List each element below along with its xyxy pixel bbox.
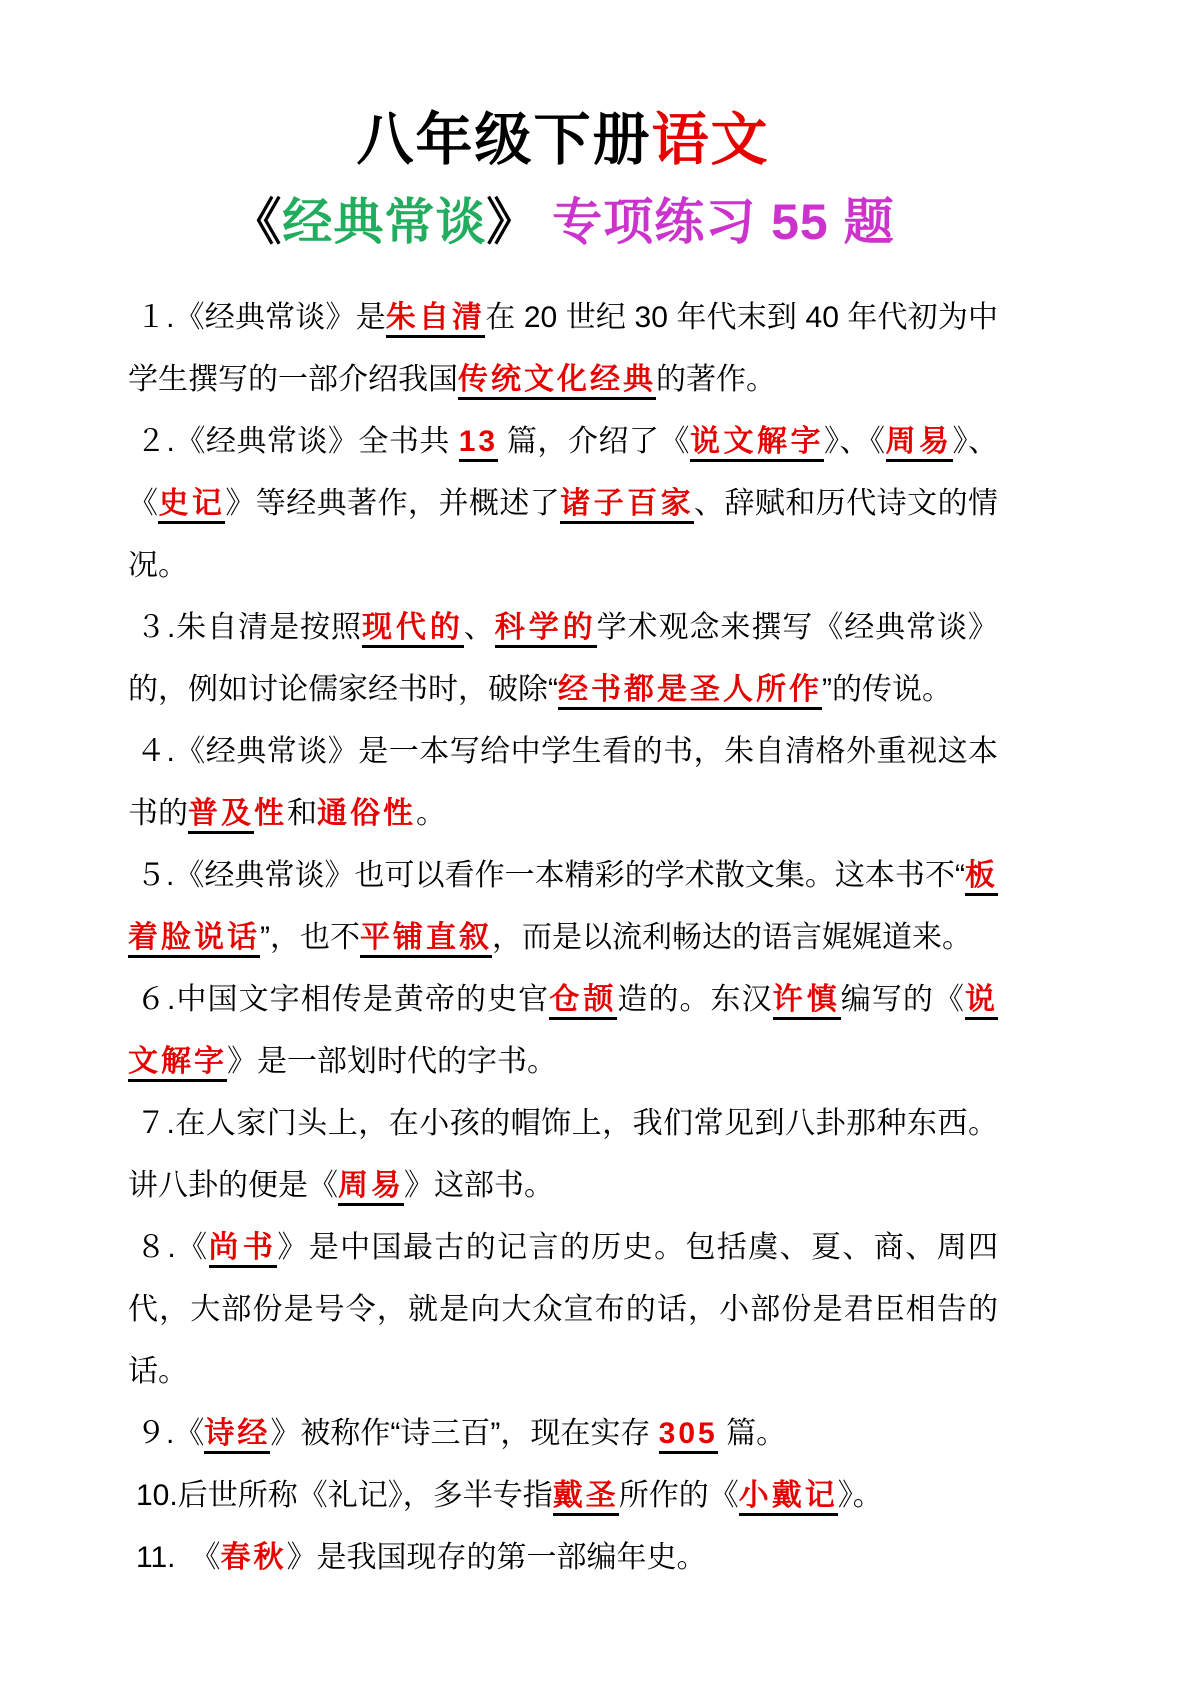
highlighted-term: 周易 (338, 1169, 404, 1206)
subtitle-segment: 经典常谈 (282, 194, 486, 250)
exercise-item-11: 11. 《春秋》是我国现存的第一部编年史。 (128, 1527, 998, 1589)
text-run: 》是我国现存的第一部编年史。 (286, 1541, 706, 1574)
exercise-item-7: ７.在人家门头上，在小孩的帽饰上，我们常见到八卦那种东西。讲八卦的便是《周易》这… (128, 1093, 998, 1217)
text-run: 和 (287, 797, 317, 830)
exercise-item-8: ８.《尚书》是中国最古的记言的历史。包括虞、夏、商、周四代，大部份是号令，就是向… (128, 1217, 998, 1403)
highlighted-term: 普及 (188, 797, 254, 834)
highlighted-term: 小戴记 (739, 1479, 838, 1516)
highlighted-term: 传统文化经典 (458, 363, 656, 400)
text-run: 》等经典著作，并概述了 (225, 487, 560, 520)
exercise-item-1: １.《经典常谈》是朱自清在 20 世纪 30 年代末到 40 年代初为中学生撰写… (128, 287, 998, 411)
text-run: ６.中国文字相传是黄帝的史官 (136, 983, 549, 1016)
text-run: 造的。东汉 (617, 983, 772, 1016)
text-run: 编写的《 (841, 983, 965, 1016)
text-run: 11. 《 (136, 1541, 220, 1574)
highlighted-term: 史记 (158, 487, 225, 524)
title-segment: 语文 (652, 108, 770, 172)
document-title: 八年级下册语文 (128, 108, 998, 174)
title-segment: 八年级下册 (357, 108, 652, 172)
text-run: 。 (416, 797, 446, 830)
document-page: 八年级下册语文 《经典常谈》 专项练习 55 题 １.《经典常谈》是朱自清在 2… (0, 0, 1190, 1684)
exercise-item-4: ４.《经典常谈》是一本写给中学生看的书，朱自清格外重视这本书的普及性和通俗性。 (128, 721, 998, 845)
highlighted-term: 经书都是圣人所作 (558, 673, 822, 710)
exercise-item-10: 10.后世所称《礼记》，多半专指戴圣所作的《小戴记》。 (128, 1465, 998, 1527)
highlighted-term: 诸子百家 (560, 487, 694, 524)
highlighted-term: 说文解字 (690, 425, 824, 462)
text-run: ２.《经典常谈》全书共 (136, 425, 459, 458)
subtitle-segment: 《 (231, 194, 282, 250)
text-run: 》。 (838, 1479, 883, 1512)
subtitle-segment: 专项练习 55 题 (537, 194, 894, 250)
text-run: 10.后世所称《礼记》，多半专指 (136, 1479, 553, 1512)
highlighted-term: 春秋 (220, 1541, 286, 1574)
exercise-item-9: ９.《诗经》被称作“诗三百”，现在实存 305 篇。 (128, 1403, 998, 1465)
text-run: 篇，介绍了《 (498, 425, 690, 458)
highlighted-term: 朱自清 (386, 301, 485, 338)
text-run: ８.《 (136, 1231, 209, 1264)
highlighted-term: 诗经 (204, 1417, 270, 1454)
highlighted-term: 仓颉 (549, 983, 617, 1020)
highlighted-term: 性 (254, 797, 287, 830)
text-run: ”的传说。 (822, 673, 952, 706)
text-run: 》这部书。 (404, 1169, 554, 1202)
highlighted-term: 现代的 (362, 611, 464, 648)
text-run: ３.朱自清是按照 (136, 611, 362, 644)
text-run: 篇。 (718, 1417, 786, 1450)
highlighted-term: 科学的 (495, 611, 597, 648)
highlighted-term: 戴圣 (553, 1479, 619, 1516)
text-run: ９.《 (136, 1417, 204, 1450)
highlighted-term: 尚书 (209, 1231, 278, 1268)
text-run: ”，也不 (260, 921, 360, 954)
text-run: 》是一部划时代的字书。 (227, 1045, 557, 1078)
highlighted-term: 周易 (886, 425, 953, 462)
subtitle-segment: 》 (486, 194, 537, 250)
document-subtitle: 《经典常谈》 专项练习 55 题 (128, 194, 998, 252)
exercise-item-6: ６.中国文字相传是黄帝的史官仓颉造的。东汉许慎编写的《说文解字》是一部划时代的字… (128, 969, 998, 1093)
text-run: １.《经典常谈》是 (136, 301, 386, 334)
text-run: 所作的《 (619, 1479, 739, 1512)
highlighted-term: 305 (659, 1417, 718, 1454)
highlighted-term: 许慎 (773, 983, 841, 1020)
text-run: 》、《 (824, 425, 886, 458)
text-run: 、 (464, 611, 495, 644)
exercise-item-2: ２.《经典常谈》全书共 13 篇，介绍了《说文解字》、《周易》、《史记》等经典著… (128, 411, 998, 597)
exercise-list: １.《经典常谈》是朱自清在 20 世纪 30 年代末到 40 年代初为中学生撰写… (128, 287, 998, 1589)
text-run: 》被称作“诗三百”，现在实存 (270, 1417, 658, 1450)
text-run: ，而是以流利畅达的语言娓娓道来。 (492, 921, 972, 954)
exercise-item-3: ３.朱自清是按照现代的、科学的学术观念来撰写《经典常谈》的，例如讨论儒家经书时，… (128, 597, 998, 721)
exercise-item-5: ５.《经典常谈》也可以看作一本精彩的学术散文集。这本书不“板着脸说话”，也不平铺… (128, 845, 998, 969)
text-run: 的著作。 (656, 363, 776, 396)
text-run: ５.《经典常谈》也可以看作一本精彩的学术散文集。这本书不“ (136, 859, 965, 892)
highlighted-term: 平铺直叙 (360, 921, 492, 958)
text-run: ７.在人家门头上，在小孩的帽饰上，我们常见到八卦那种东西。讲八卦的便是《 (128, 1107, 998, 1202)
highlighted-term: 13 (459, 425, 498, 462)
highlighted-term: 通俗性 (317, 797, 416, 830)
